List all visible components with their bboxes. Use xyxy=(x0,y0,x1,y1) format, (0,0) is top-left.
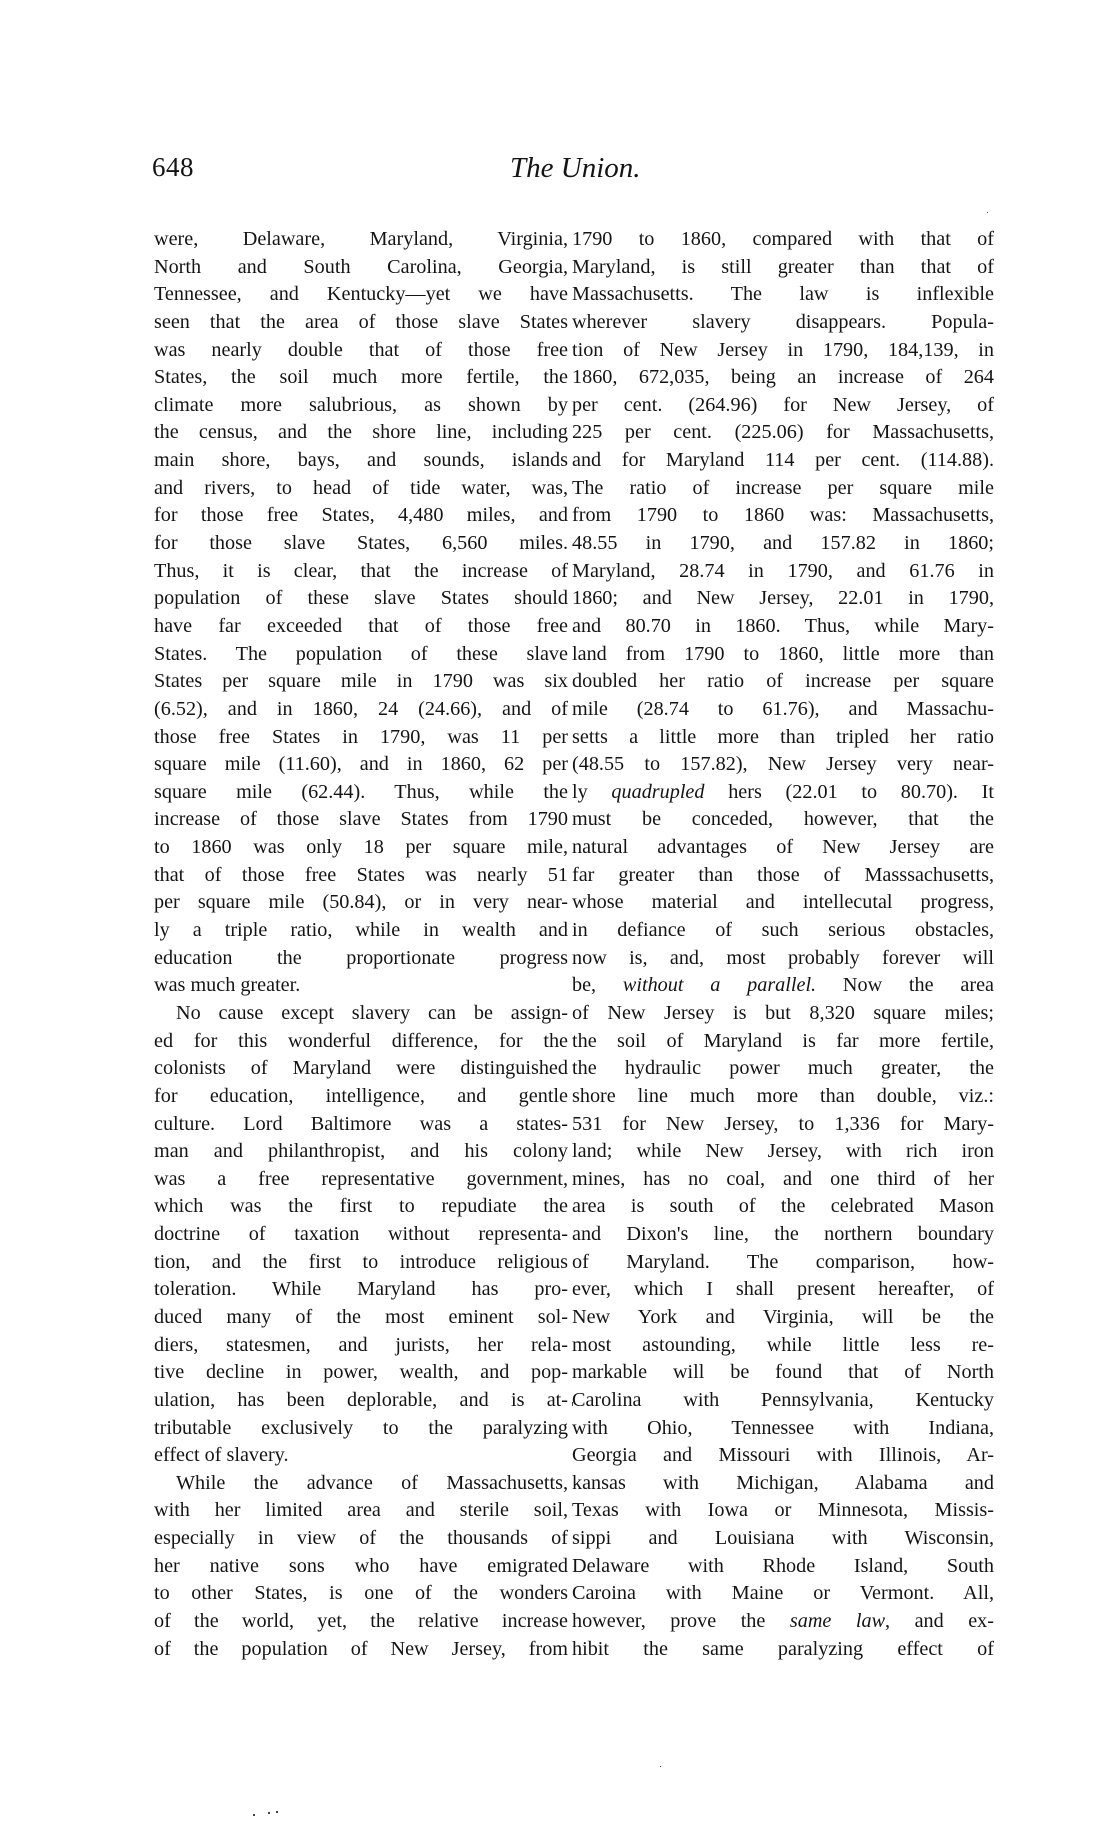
text-line: 1860, 672,035, being an increase of 264 xyxy=(572,364,994,392)
text-line: setts a little more than tripled her rat… xyxy=(572,724,994,752)
left-text-column: were, Delaware, Maryland, Virginia,North… xyxy=(154,226,568,1663)
italic-emphasis: quadrupled xyxy=(611,781,704,803)
print-speck xyxy=(268,1812,270,1814)
text-line: The ratio of increase per square mile xyxy=(572,475,994,503)
text-line: for those free States, 4,480 miles, and xyxy=(154,502,568,530)
text-line: especially in view of the thousands of xyxy=(154,1525,568,1553)
text-line: most astounding, while little less re- xyxy=(572,1332,994,1360)
text-run: hers (22.01 to 80.70). It xyxy=(705,781,995,803)
text-line: ever, which I shall present hereafter, o… xyxy=(572,1276,994,1304)
text-line: per square mile (50.84), or in very near… xyxy=(154,889,568,917)
text-line: main shore, bays, and sounds, islands xyxy=(154,447,568,475)
text-line: 48.55 in 1790, and 157.82 in 1860; xyxy=(572,530,994,558)
text-line: hibit the same paralyzing effect of xyxy=(572,1636,994,1664)
text-line: (48.55 to 157.82), New Jersey very near- xyxy=(572,751,994,779)
text-line: which was the first to repudiate the xyxy=(154,1193,568,1221)
text-line: markable will be found that of North xyxy=(572,1359,994,1387)
text-line: those free States in 1790, was 11 per xyxy=(154,724,568,752)
text-line: 1790 to 1860, compared with that of xyxy=(572,226,994,254)
text-line: was much greater. xyxy=(154,972,568,1000)
text-line: the hydraulic power much greater, the xyxy=(572,1055,994,1083)
text-line: toleration. While Maryland has pro- xyxy=(154,1276,568,1304)
text-line: Maryland, is still greater than that of xyxy=(572,254,994,282)
text-line: While the advance of Massachusetts, xyxy=(154,1470,568,1498)
text-line: was nearly double that of those free xyxy=(154,337,568,365)
text-line: effect of slavery. xyxy=(154,1442,568,1470)
text-line: for education, intelligence, and gentle xyxy=(154,1083,568,1111)
text-line: mile (28.74 to 61.76), and Massachu- xyxy=(572,696,994,724)
text-line: now is, and, most probably forever will xyxy=(572,945,994,973)
text-line: with her limited area and sterile soil, xyxy=(154,1497,568,1525)
text-line: climate more salubrious, as shown by xyxy=(154,392,568,420)
print-speck xyxy=(660,1766,661,1767)
text-line: must be conceded, however, that the xyxy=(572,806,994,834)
text-line: have far exceeded that of those free xyxy=(154,613,568,641)
text-line: were, Delaware, Maryland, Virginia, xyxy=(154,226,568,254)
text-line: colonists of Maryland were distinguished xyxy=(154,1055,568,1083)
text-line: No cause except slavery can be assign- xyxy=(154,1000,568,1028)
text-line: that of those free States was nearly 51 xyxy=(154,862,568,890)
text-line: whose material and intellecutal progress… xyxy=(572,889,994,917)
running-title: The Union. xyxy=(510,152,641,185)
text-line: seen that the area of those slave States xyxy=(154,309,568,337)
text-line: doctrine of taxation without representa- xyxy=(154,1221,568,1249)
text-run: Now the area xyxy=(816,974,994,996)
text-run: ly xyxy=(572,781,611,803)
text-line: Texas with Iowa or Minnesota, Missis- xyxy=(572,1497,994,1525)
text-line: area is south of the celebrated Mason xyxy=(572,1193,994,1221)
text-line: sippi and Louisiana with Wisconsin, xyxy=(572,1525,994,1553)
text-line: far greater than those of Masssachusetts… xyxy=(572,862,994,890)
text-line: the census, and the shore line, includin… xyxy=(154,419,568,447)
text-line: 1860; and New Jersey, 22.01 in 1790, xyxy=(572,585,994,613)
text-line: States per square mile in 1790 was six xyxy=(154,668,568,696)
text-line: to other States, is one of the wonders xyxy=(154,1580,568,1608)
text-line: shore line much more than double, viz.: xyxy=(572,1083,994,1111)
text-line: culture. Lord Baltimore was a states- xyxy=(154,1111,568,1139)
text-line: man and philanthropist, and his colony xyxy=(154,1138,568,1166)
text-line: population of these slave States should xyxy=(154,585,568,613)
text-line: natural advantages of New Jersey are xyxy=(572,834,994,862)
text-line: tributable exclusively to the paralyzing xyxy=(154,1415,568,1443)
text-line: of Maryland. The comparison, how- xyxy=(572,1249,994,1277)
text-line: Georgia and Missouri with Illinois, Ar- xyxy=(572,1442,994,1470)
text-run: be, xyxy=(572,974,623,996)
book-page: 648 The Union. were, Delaware, Maryland,… xyxy=(0,0,1120,1825)
italic-emphasis: same law xyxy=(790,1610,885,1632)
text-line: Massachusetts. The law is inflexible xyxy=(572,281,994,309)
text-line: with Ohio, Tennessee with Indiana, xyxy=(572,1415,994,1443)
print-speck xyxy=(253,1814,255,1816)
text-line: tive decline in power, wealth, and pop- xyxy=(154,1359,568,1387)
text-line: land from 1790 to 1860, little more than xyxy=(572,641,994,669)
print-speck xyxy=(276,1811,278,1813)
text-line: Tennessee, and Kentucky—yet we have xyxy=(154,281,568,309)
text-line: (6.52), and in 1860, 24 (24.66), and of xyxy=(154,696,568,724)
page-number: 648 xyxy=(152,152,194,183)
text-line: land; while New Jersey, with rich iron xyxy=(572,1138,994,1166)
text-line: Maryland, 28.74 in 1790, and 61.76 in xyxy=(572,558,994,586)
text-line: States, the soil much more fertile, the xyxy=(154,364,568,392)
text-line: of New Jersey is but 8,320 square miles; xyxy=(572,1000,994,1028)
text-run: , and ex- xyxy=(885,1610,994,1632)
text-line: square mile (11.60), and in 1860, 62 per xyxy=(154,751,568,779)
text-line: mines, has no coal, and one third of her xyxy=(572,1166,994,1194)
text-line: from 1790 to 1860 was: Massachusetts, xyxy=(572,502,994,530)
running-head: 648 The Union. xyxy=(152,152,1002,192)
text-line: 225 per cent. (225.06) for Massachusetts… xyxy=(572,419,994,447)
text-line: to 1860 was only 18 per square mile, xyxy=(154,834,568,862)
text-line: was a free representative government, xyxy=(154,1166,568,1194)
text-line: Thus, it is clear, that the increase of xyxy=(154,558,568,586)
text-line: duced many of the most eminent sol- xyxy=(154,1304,568,1332)
text-line: doubled her ratio of increase per square xyxy=(572,668,994,696)
text-line: for those slave States, 6,560 miles. xyxy=(154,530,568,558)
text-line: and Dixon's line, the northern boundary xyxy=(572,1221,994,1249)
text-line: and 80.70 in 1860. Thus, while Mary- xyxy=(572,613,994,641)
text-line: 531 for New Jersey, to 1,336 for Mary- xyxy=(572,1111,994,1139)
text-line: tion, and the first to introduce religio… xyxy=(154,1249,568,1277)
text-line: kansas with Michigan, Alabama and xyxy=(572,1470,994,1498)
text-line: ly quadrupled hers (22.01 to 80.70). It xyxy=(572,779,994,807)
text-line: wherever slavery disappears. Popula- xyxy=(572,309,994,337)
text-line: Delaware with Rhode Island, South xyxy=(572,1553,994,1581)
text-line: New York and Virginia, will be the xyxy=(572,1304,994,1332)
text-line: Caroina with Maine or Vermont. All, xyxy=(572,1580,994,1608)
text-line: per cent. (264.96) for New Jersey, of xyxy=(572,392,994,420)
text-line: tion of New Jersey in 1790, 184,139, in xyxy=(572,337,994,365)
text-line: and rivers, to head of tide water, was, xyxy=(154,475,568,503)
text-line: of the world, yet, the relative increase xyxy=(154,1608,568,1636)
text-line: North and South Carolina, Georgia, xyxy=(154,254,568,282)
text-line: be, without a parallel. Now the area xyxy=(572,972,994,1000)
text-line: in defiance of such serious obstacles, xyxy=(572,917,994,945)
text-line: ed for this wonderful difference, for th… xyxy=(154,1028,568,1056)
text-line: education the proportionate progress xyxy=(154,945,568,973)
italic-emphasis: without a parallel. xyxy=(623,974,816,996)
text-line: square mile (62.44). Thus, while the xyxy=(154,779,568,807)
text-line: increase of those slave States from 1790 xyxy=(154,806,568,834)
text-line: diers, statesmen, and jurists, her rela- xyxy=(154,1332,568,1360)
text-line: of the population of New Jersey, from xyxy=(154,1636,568,1664)
text-line: States. The population of these slave xyxy=(154,641,568,669)
text-line: ly a triple ratio, while in wealth and xyxy=(154,917,568,945)
text-line: Carolina with Pennsylvania, Kentucky xyxy=(572,1387,994,1415)
text-run: however, prove the xyxy=(572,1610,790,1632)
right-text-column: 1790 to 1860, compared with that ofMaryl… xyxy=(572,226,994,1663)
print-speck xyxy=(572,1402,573,1406)
text-line: and for Maryland 114 per cent. (114.88). xyxy=(572,447,994,475)
print-speck xyxy=(987,212,988,213)
text-line: ulation, has been deplorable, and is at- xyxy=(154,1387,568,1415)
text-line: however, prove the same law, and ex- xyxy=(572,1608,994,1636)
text-line: her native sons who have emigrated xyxy=(154,1553,568,1581)
text-line: the soil of Maryland is far more fertile… xyxy=(572,1028,994,1056)
